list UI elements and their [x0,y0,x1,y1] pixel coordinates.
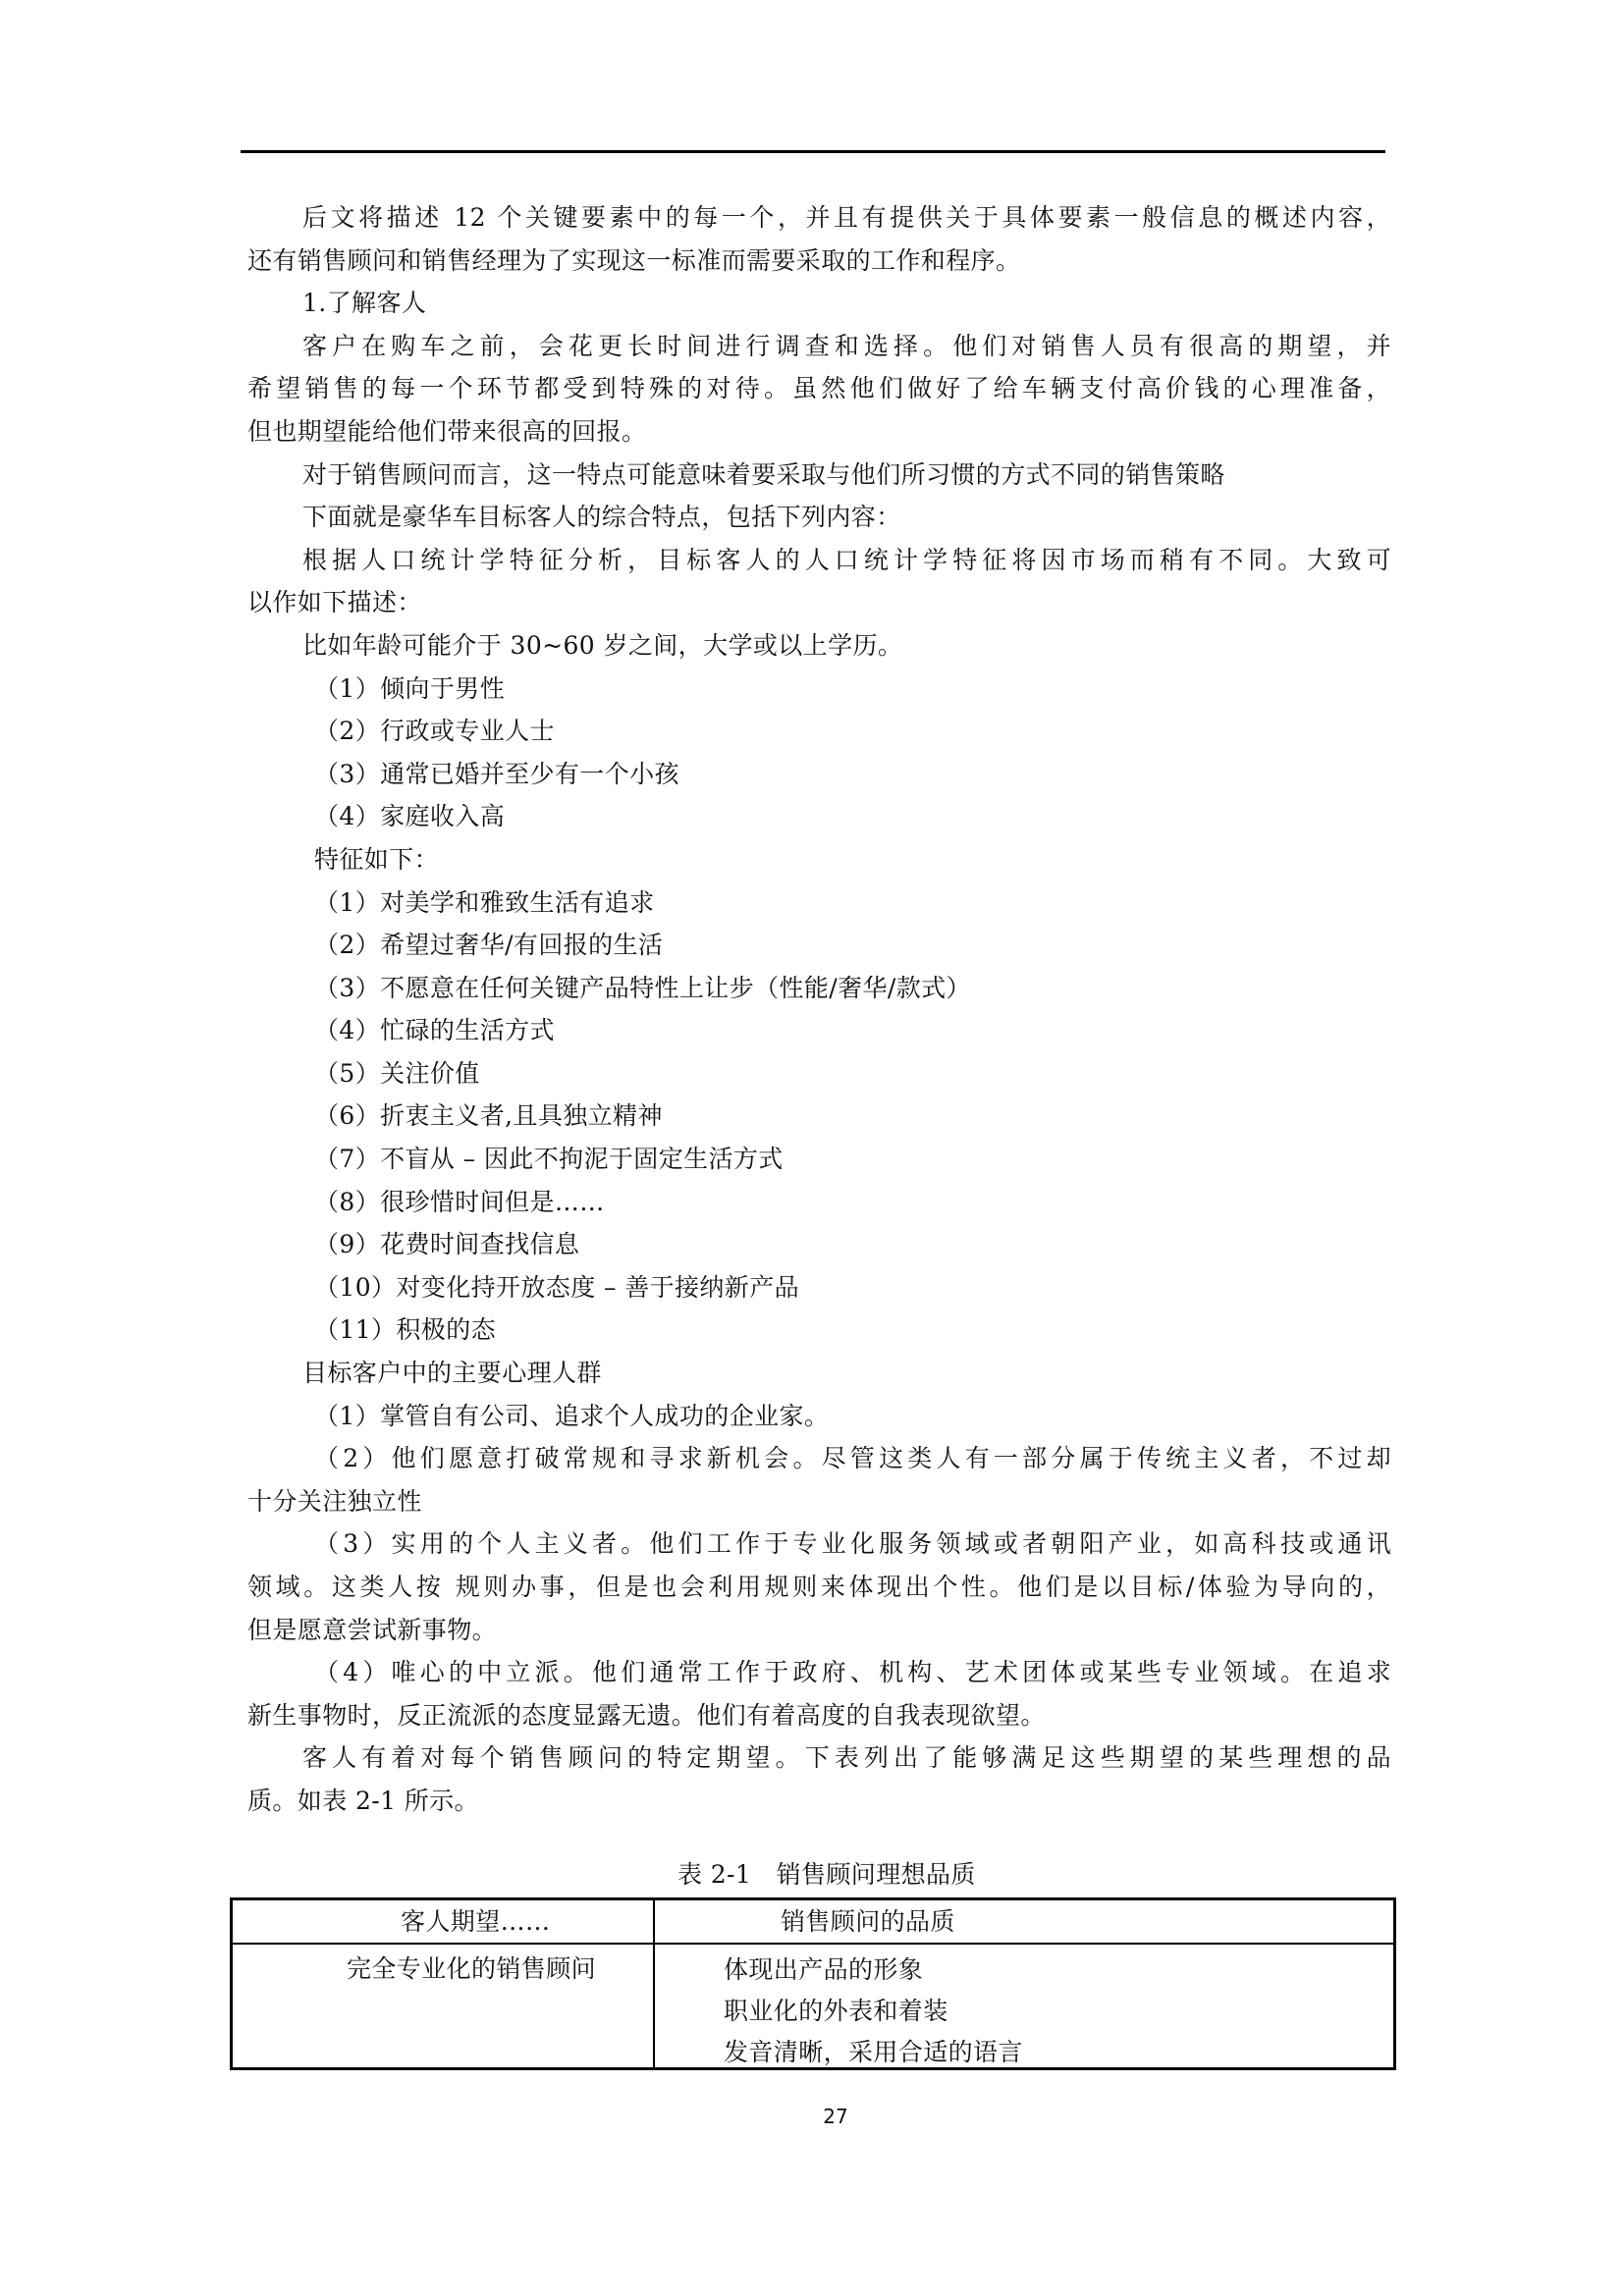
quality-item: 体现出产品的形象 [724,1949,1023,1991]
text-line: 目标客户中的主要心理人群 [247,1352,1391,1395]
text-line: 还有销售顾问和销售经理为了实现这一标准而需要采取的工作和程序。 [247,240,1391,283]
text-line: （9）花费时间查找信息 [247,1223,1391,1266]
text-line: （4）唯心的中立派。他们通常工作于政府、机构、艺术团体或某些专业领域。在追求 [247,1651,1391,1694]
table-caption: 表 2-1 销售顾问理想品质 [677,1858,1011,1892]
table-cell-qualities: 体现出产品的形象 职业化的外表和着装 发音清晰，采用合适的语言 [724,1949,1023,2073]
text-line: 但是愿意尝试新事物。 [247,1609,1391,1652]
text-line: 客户在购车之前，会花更长时间进行调查和选择。他们对销售人员有很高的期望，并 [247,325,1391,368]
text-line: 1.了解客人 [247,282,1391,325]
text-line: （2）他们愿意打破常规和寻求新机会。尽管这类人有一部分属于传统主义者，不过却 [247,1437,1391,1480]
quality-item: 职业化的外表和着装 [724,1991,1023,2032]
table-header-qualities: 销售顾问的品质 [781,1902,955,1942]
text-line: 新生事物时，反正流派的态度显露无遗。他们有着高度的自我表现欲望。 [247,1694,1391,1737]
text-line: 希望销售的每一个环节都受到特殊的对待。虽然他们做好了给车辆支付高价钱的心理准备， [247,367,1391,410]
text-line: 下面就是豪华车目标客人的综合特点，包括下列内容： [247,496,1391,539]
table-cell-expectation: 完全专业化的销售顾问 [347,1949,596,1989]
text-line: 对于销售顾问而言，这一特点可能意味着要采取与他们所习惯的方式不同的销售策略 [247,454,1391,497]
text-line: （1）倾向于男性 [247,667,1391,711]
text-line: （3）不愿意在任何关键产品特性上让步（性能/奢华/款式） [247,967,1391,1010]
text-line: （3）实用的个人主义者。他们工作于专业化服务领域或者朝阳产业，如高科技或通讯 [247,1522,1391,1566]
text-line: （4）家庭收入高 [247,795,1391,838]
text-line: 根据人口统计学特征分析，目标客人的人口统计学特征将因市场而稍有不同。大致可 [247,539,1391,582]
column-divider [653,1900,655,2067]
page-number: 27 [811,2102,860,2131]
text-line: 特征如下： [247,838,1391,881]
text-line: （3）通常已婚并至少有一个小孩 [247,753,1391,796]
text-line: （5）关注价值 [247,1052,1391,1095]
text-line: （2）行政或专业人士 [247,710,1391,753]
quality-item: 发音清晰，采用合适的语言 [724,2032,1023,2073]
body-text: 后文将描述 12 个关键要素中的每一个，并且有提供关于具体要素一般信息的概述内容… [247,196,1391,1823]
text-line: 十分关注独立性 [247,1480,1391,1523]
text-line: 客人有着对每个销售顾问的特定期望。下表列出了能够满足这些期望的某些理想的品 [247,1736,1391,1780]
text-line: 比如年龄可能介于 30~60 岁之间，大学或以上学历。 [247,624,1391,667]
table-2-1: 客人期望…… 销售顾问的品质 完全专业化的销售顾问 体现出产品的形象 职业化的外… [230,1897,1396,2070]
text-line: （2）希望过奢华/有回报的生活 [247,924,1391,967]
text-line: 质。如表 2-1 所示。 [247,1780,1391,1823]
text-line: （6）折衷主义者,且具独立精神 [247,1095,1391,1138]
text-line: （1）掌管自有公司、追求个人成功的企业家。 [247,1395,1391,1438]
text-line: （11）积极的态 [247,1308,1391,1352]
text-line: （10）对变化持开放态度 – 善于接纳新产品 [247,1266,1391,1309]
text-line: 以作如下描述： [247,581,1391,624]
text-line: （8）很珍惜时间但是…… [247,1181,1391,1224]
header-rule [241,150,1385,153]
table-header-expectation: 客人期望…… [401,1902,550,1942]
text-line: 后文将描述 12 个关键要素中的每一个，并且有提供关于具体要素一般信息的概述内容… [247,196,1391,240]
text-line: （7）不盲从 – 因此不拘泥于固定生活方式 [247,1138,1391,1181]
text-line: 但也期望能给他们带来很高的回报。 [247,410,1391,454]
text-line: （1）对美学和雅致生活有追求 [247,881,1391,925]
text-line: （4）忙碌的生活方式 [247,1009,1391,1052]
text-line: 领域。这类人按 规则办事，但是也会利用规则来体现出个性。他们是以目标/体验为导向… [247,1566,1391,1609]
header-divider [233,1943,1393,1945]
